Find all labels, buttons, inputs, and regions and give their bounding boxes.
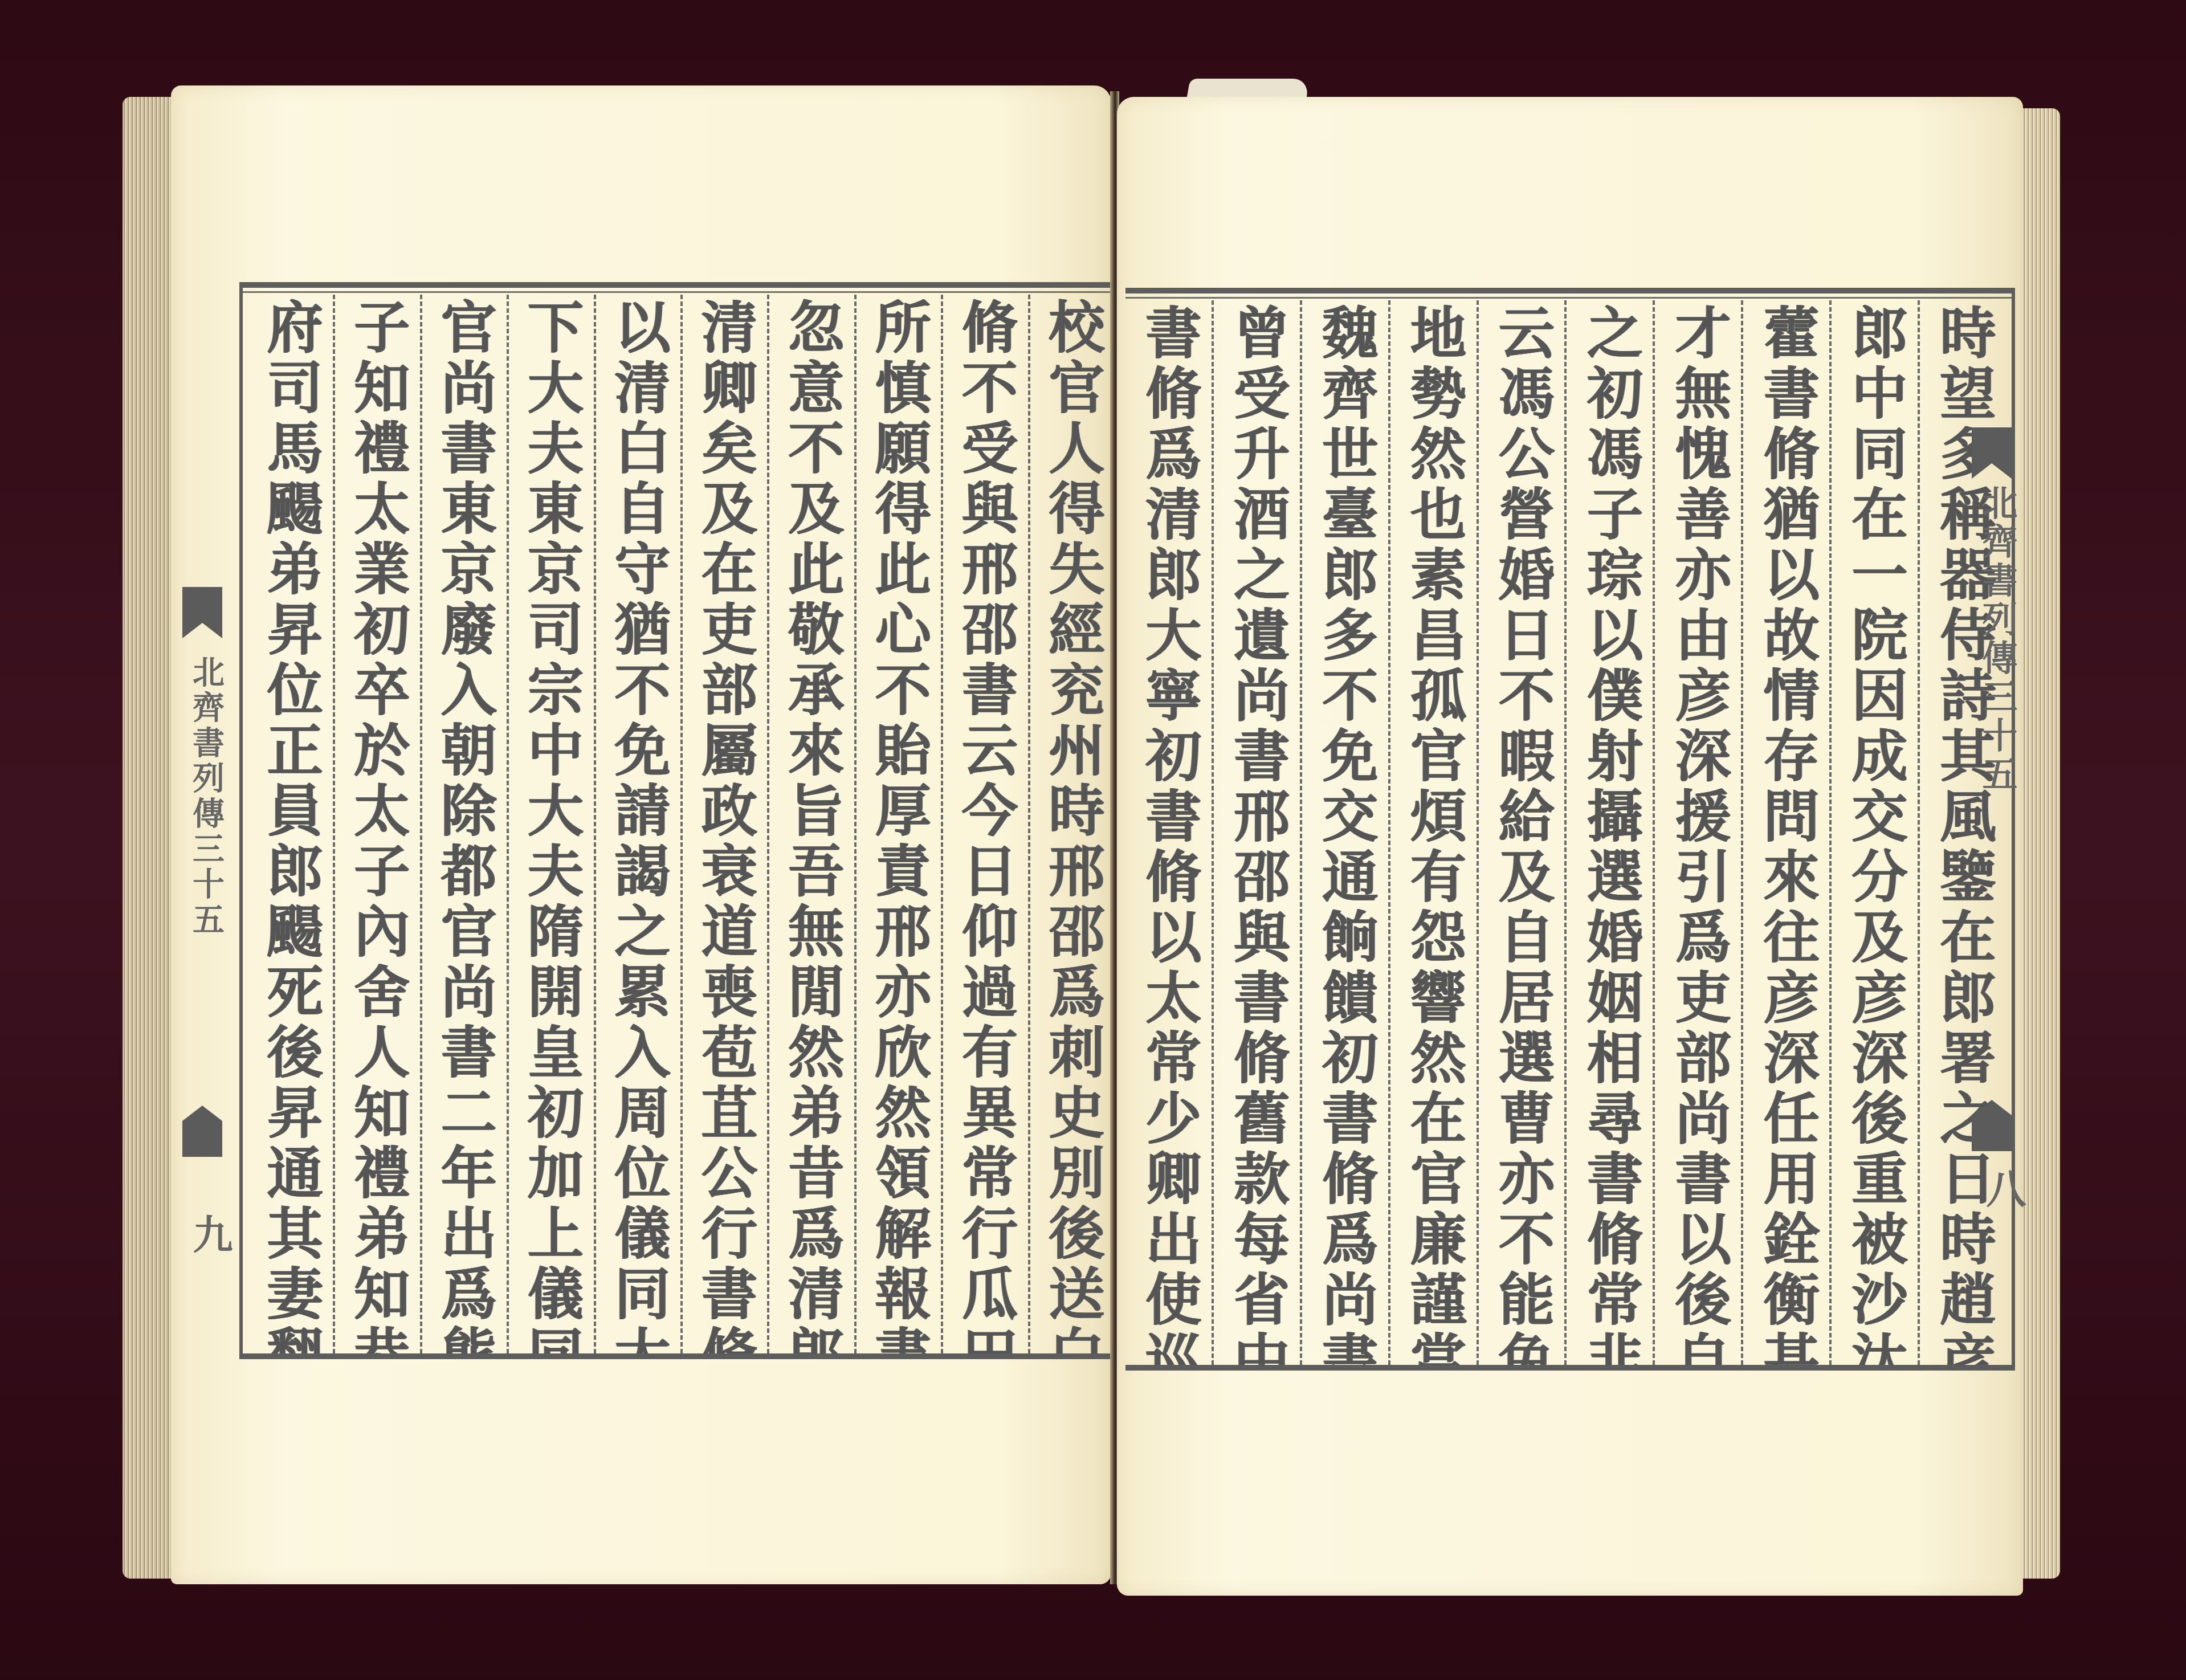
text-column: 所慎願得此心不貽厚責邢亦欣然領解報書云老夫忽	[854, 295, 941, 1353]
text-column: 郎中同在一院因成交分及彦深後重被沙汰停私門生藜	[1829, 300, 1918, 1365]
right-page-columns: 時望多稱器侍詩其風鑒在郎署之日時趙彦深爲水部 郎中同在一院因成交分及彦深後重被沙…	[1125, 300, 2006, 1365]
text-column: 清卿矣及在吏部屬政衰道喪苞苴公行書脩雖	[680, 295, 767, 1353]
left-center-strip-title: 北齊書列傳三十五	[183, 655, 229, 938]
text-column: 下大夫東京司宗中大夫隋開皇初加上儀同遷東京都	[507, 295, 593, 1353]
left-leaf-number: 九	[181, 1214, 239, 1257]
right-page: 時望多稱器侍詩其風鑒在郎署之日時趙彦深爲水部 郎中同在一院因成交分及彦深後重被沙…	[1117, 97, 2023, 1596]
text-column: 藿書脩猶以故情存問來往彦深任用銓衡甚深雖人	[1741, 300, 1829, 1365]
text-column: 之初馮子琮以僕射攝選婚姻相尋書脩常非咲之語人	[1564, 300, 1653, 1365]
open-book: 校官人得失經兖州時邢邵爲刺史別後送白紬爲信書 脩不受與邢邵書云今日仰過有異常行瓜…	[123, 85, 2060, 1601]
fish-tail-mark-bottom	[182, 1106, 222, 1157]
left-page-columns: 校官人得失經兖州時邢邵爲刺史別後送白紬爲信書 脩不受與邢邵書云今日仰過有異常行瓜…	[248, 295, 1115, 1353]
text-column: 校官人得失經兖州時邢邵爲刺史別後送白紬爲信書	[1028, 295, 1115, 1353]
text-column: 官尚書東京廢入朝除都官尚書二年出爲熊州刺史卒	[420, 295, 507, 1353]
text-column: 地勢然也素昌孤官煩有怨響然在官廉謹當時少匹	[1388, 300, 1477, 1365]
text-column: 云馮公營婚日不暇給及自居選曹亦不能免時論以爲	[1477, 300, 1565, 1365]
text-column: 書脩爲清郎大寧初書脩以太常少卿出使巡省仍令考	[1125, 300, 1212, 1365]
text-column: 脩不受與邢邵書云今日仰過有異常行瓜田李下古人	[941, 295, 1027, 1353]
right-page-frame: 時望多稱器侍詩其風鑒在郎署之日時趙彦深爲水部 郎中同在一院因成交分及彦深後重被沙…	[1125, 288, 2015, 1371]
left-page-edges	[123, 97, 177, 1579]
left-page-frame: 校官人得失經兖州時邢邵爲刺史別後送白紬爲信書 脩不受與邢邵書云今日仰過有異常行瓜…	[239, 282, 1115, 1359]
text-column: 魏齊世臺郎多不免交通餉饋初書脩爲尚書郎十年未	[1300, 300, 1388, 1365]
text-column: 才無愧善亦由彦深援引爲吏部尚書以後自以物望得	[1653, 300, 1741, 1365]
text-column: 忽意不及此敬承來旨吾無閒然弟昔爲清郎今日復作	[767, 295, 854, 1353]
text-column: 以清白自守猶不免請謁之累入周位儀同大將軍吏部	[594, 295, 680, 1353]
text-column: 子知禮太業初卒於太子內舍人知禮弟知恭卒於豫州冠軍	[333, 295, 419, 1353]
right-center-strip-title: 北齊書列傳三十五	[1972, 484, 2022, 794]
left-page: 校官人得失經兖州時邢邵爲刺史別後送白紬爲信書 脩不受與邢邵書云今日仰過有異常行瓜…	[171, 85, 1111, 1584]
text-column: 曾受升酒之遺尚書邢邵與書脩舊款每省中語戲常呼	[1212, 300, 1300, 1365]
text-column: 府司馬颺弟昇位正員郎颺死後昇通其妻翻意爲一發	[248, 295, 333, 1353]
right-leaf-number: 八	[1975, 1168, 2032, 1212]
fish-tail-mark-top	[182, 587, 222, 638]
